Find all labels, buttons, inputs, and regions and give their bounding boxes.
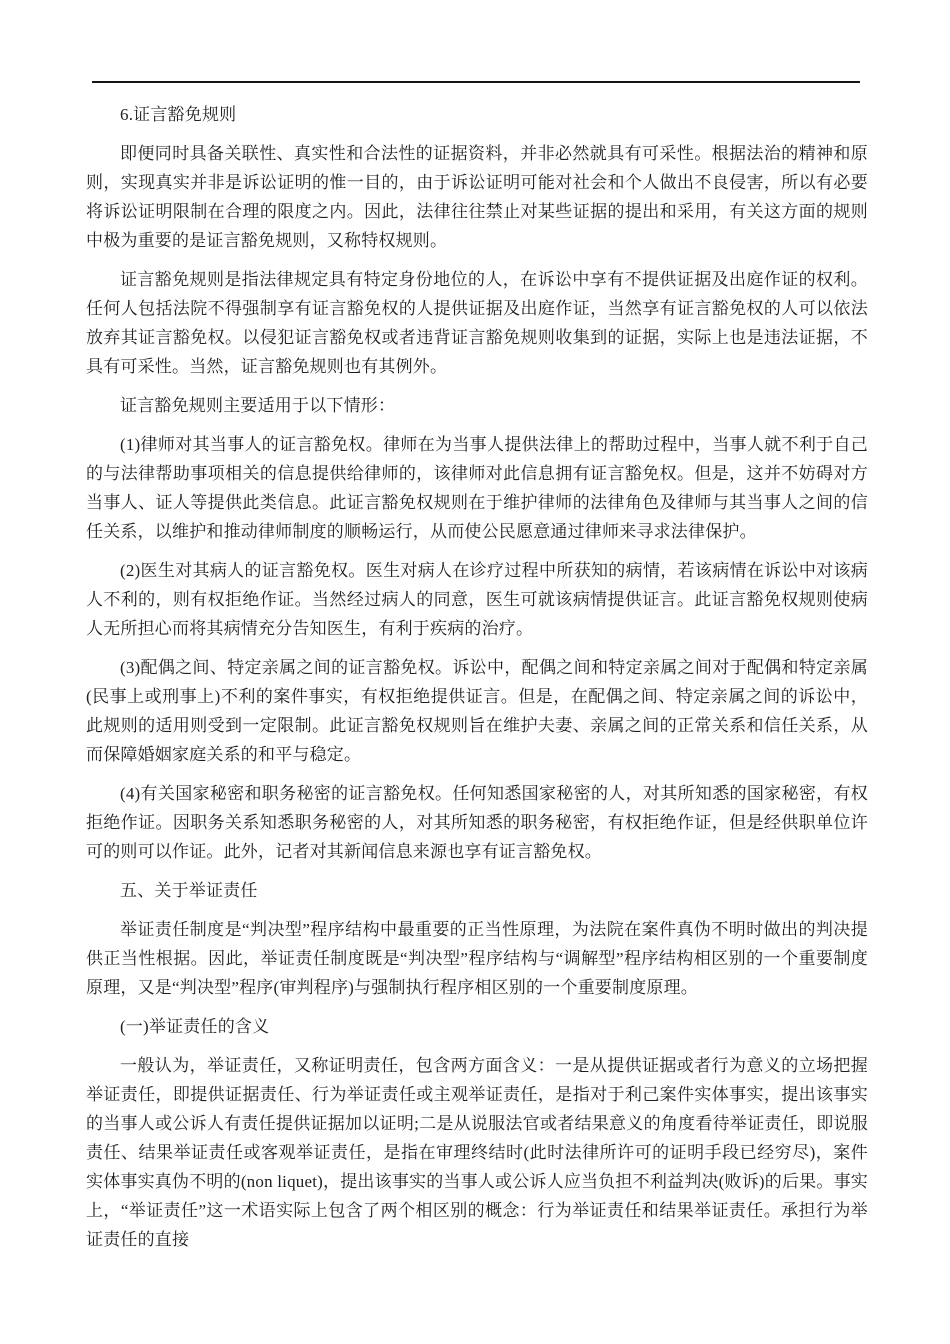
paragraph: 即便同时具备关联性、真实性和合法性的证据资料，并非必然就具有可采性。根据法治的精…	[86, 139, 868, 255]
list-item-paragraph: (2)医生对其病人的证言豁免权。医生对病人在诊疗过程中所获知的病情，若该病情在诉…	[86, 556, 868, 643]
header-rule-divider	[92, 81, 860, 83]
section-heading: 五、关于举证责任	[86, 876, 868, 905]
paragraph: 举证责任制度是“判决型”程序结构中最重要的正当性原理，为法院在案件真伪不明时做出…	[86, 915, 868, 1002]
paragraph: 证言豁免规则主要适用于以下情形：	[86, 391, 868, 420]
section-heading: (一)举证责任的含义	[86, 1012, 868, 1041]
list-item-paragraph: (4)有关国家秘密和职务秘密的证言豁免权。任何知悉国家秘密的人，对其所知悉的国家…	[86, 779, 868, 866]
section-heading: 6.证言豁免规则	[86, 100, 868, 129]
list-item-paragraph: (1)律师对其当事人的证言豁免权。律师在为当事人提供法律上的帮助过程中，当事人就…	[86, 430, 868, 546]
paragraph: 一般认为，举证责任，又称证明责任，包含两方面含义：一是从提供证据或者行为意义的立…	[86, 1051, 868, 1254]
document-body: 6.证言豁免规则 即便同时具备关联性、真实性和合法性的证据资料，并非必然就具有可…	[86, 100, 868, 1264]
paragraph: 证言豁免规则是指法律规定具有特定身份地位的人，在诉讼中享有不提供证据及出庭作证的…	[86, 265, 868, 381]
document-page: 6.证言豁免规则 即便同时具备关联性、真实性和合法性的证据资料，并非必然就具有可…	[0, 0, 950, 1344]
list-item-paragraph: (3)配偶之间、特定亲属之间的证言豁免权。诉讼中，配偶之间和特定亲属之间对于配偶…	[86, 653, 868, 769]
